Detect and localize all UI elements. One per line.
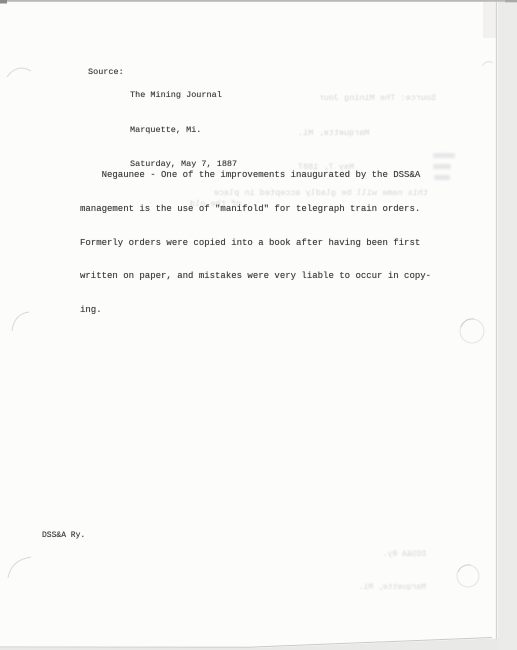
ghost-smudge — [434, 175, 450, 180]
paragraph-line: Negaunee - One of the improvements inaug… — [80, 170, 431, 181]
ghost-line: DSS&A Ry. — [334, 549, 426, 560]
top-right-speck — [505, 0, 517, 2]
crease-arc-right-top — [482, 62, 493, 66]
crease-arc-left-top — [7, 68, 31, 77]
punch-hole-arc-right-bottom — [458, 565, 471, 572]
paragraph-line: management is the use of "manifold" for … — [80, 204, 431, 215]
source-line-journal: The Mining Journal — [130, 90, 237, 102]
crease-arc-left-middle — [12, 312, 29, 331]
ghost-line: Source: The Mining Jour — [298, 93, 436, 105]
ghost-smudge — [433, 153, 455, 158]
source-label: Source: — [88, 67, 124, 79]
source-line-city: Marquette, Mi. — [130, 125, 237, 137]
paragraph-line: written on paper, and mistakes were very… — [80, 271, 431, 282]
ghost-line: Marquette, Mi. — [298, 128, 436, 140]
footer-note: DSS&A Ry. — [42, 531, 85, 541]
article-paragraph: Negaunee - One of the improvements inaug… — [80, 148, 431, 338]
ghost-line: Marquette, Mi. — [334, 582, 426, 593]
paragraph-line: ing. — [80, 305, 431, 316]
top-left-speck — [0, 0, 7, 4]
ghost-smudge — [433, 164, 451, 169]
punch-hole-arc-right-middle — [461, 319, 474, 327]
ghost-text-bottom-right: DSS&A Ry. Marquette, Mi. — [334, 527, 426, 615]
crease-arc-left-bottom — [8, 557, 31, 578]
paragraph-line: Formerly orders were copied into a book … — [80, 238, 431, 249]
scanned-document-page: Source: The Mining Jour Marquette, Mi. M… — [0, 0, 517, 650]
scanner-background-right — [498, 2, 517, 650]
top-right-corner-mottle — [483, 2, 497, 38]
scan-top-border — [0, 0, 517, 2]
